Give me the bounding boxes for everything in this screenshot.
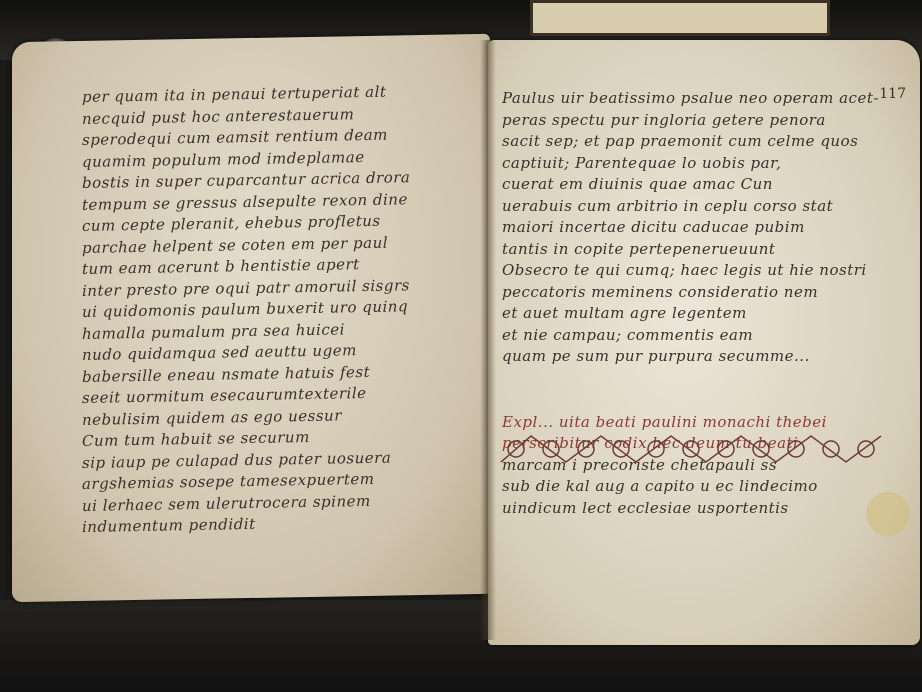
parchment-stain xyxy=(866,492,910,536)
text-line: captiuit; Parentequae lo uobis par, xyxy=(502,153,902,175)
text-line: peccatoris meminens consideratio nem xyxy=(502,282,902,304)
text-line: peras spectu pur ingloria getere penora xyxy=(502,110,902,132)
text-line: quam pe sum pur purpura secumme... xyxy=(502,346,902,368)
text-line: cuerat em diuinis quae amac Cun xyxy=(502,174,902,196)
text-line: maiori incertae dicitu caducae pubim xyxy=(502,217,902,239)
manuscript-left-page: per quam ita in penaui tertuperiat alt n… xyxy=(12,34,490,602)
ornament-spacer xyxy=(502,368,902,412)
text-line: Paulus uir beatissimo psalue neo operam … xyxy=(502,88,902,110)
colophon-line: Expl... uita beati paulini monachi thebe… xyxy=(502,412,902,434)
text-line: Obsecro te qui cumq; haec legis ut hie n… xyxy=(502,260,902,282)
decorative-scroll-border xyxy=(496,432,901,466)
text-line: et auet multam agre legentem xyxy=(502,303,902,325)
left-page-text: per quam ita in penaui tertuperiat alt n… xyxy=(82,80,482,538)
text-line: et nie campau; commentis eam xyxy=(502,325,902,347)
text-line: tantis in copite pertepenerueuunt xyxy=(502,239,902,261)
colophon-line: sub die kal aug a capito u ec lindecimo xyxy=(502,476,902,498)
text-line: uerabuis cum arbitrio in ceplu corso sta… xyxy=(502,196,902,218)
book-gutter xyxy=(480,40,496,640)
manuscript-right-page: 117 Paulus uir beatissimo psalue neo ope… xyxy=(488,40,920,645)
text-line: sacit sep; et pap praemonit cum celme qu… xyxy=(502,131,902,153)
colophon-line: uindicum lect ecclesiae usportentis xyxy=(502,498,902,520)
exhibit-label-card xyxy=(530,0,830,36)
